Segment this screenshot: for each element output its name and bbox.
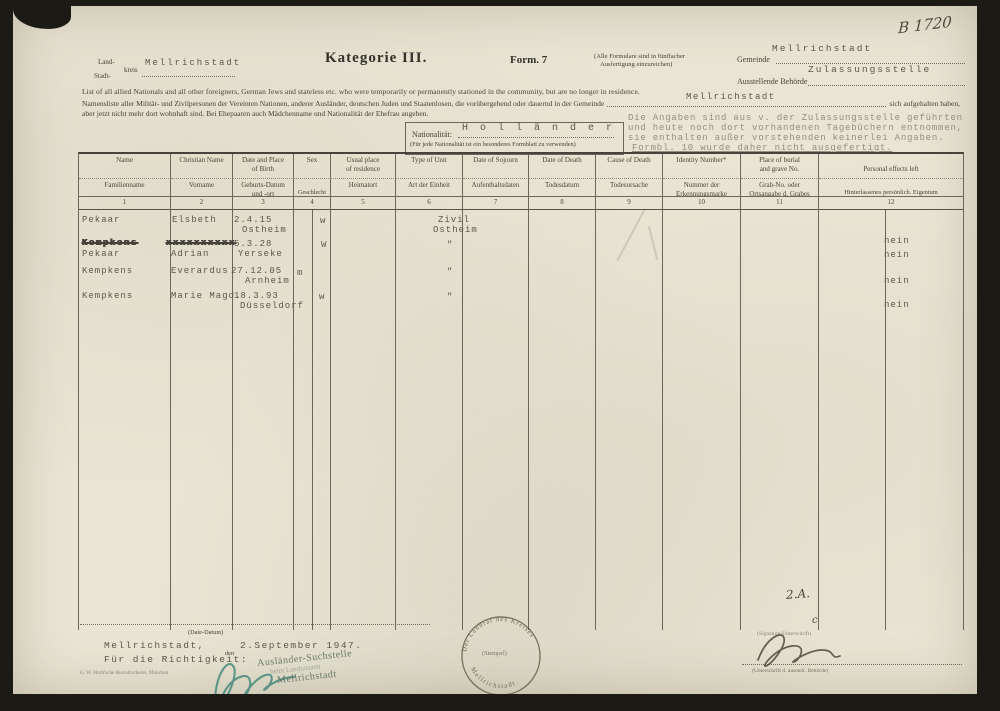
body-col-sojourn <box>463 210 529 630</box>
col-header-en-effects: Personal effects left yes no <box>819 154 963 179</box>
typed-note-line1: Die Angaben sind aus v. der Zulassungsst… <box>628 113 963 123</box>
behoerde-label: Ausstellende Behörde <box>737 77 807 86</box>
category-title: Kategorie III. <box>325 50 427 67</box>
cell-unit-ditto: " <box>447 292 453 302</box>
col-number: 10 <box>663 197 741 210</box>
cell-christian-struck: xxxxxxxxxx <box>166 238 236 248</box>
svg-text:Der Landrat des Kreises: Der Landrat des Kreises <box>461 616 535 652</box>
col-header-de-sojourn: Aufenthaltsdaten <box>463 179 529 197</box>
col-number: 3 <box>233 197 294 210</box>
col-header-de-death-date: Todesdatum <box>529 179 596 197</box>
effects-label-en: Personal effects left <box>819 165 963 174</box>
cell-name: Kempkens <box>82 291 133 301</box>
body-col-burial <box>741 210 819 630</box>
cell-effects: nein <box>884 276 910 286</box>
cell-sex: w <box>320 216 326 226</box>
col-header-de-death-cause: Todesursache <box>596 179 663 197</box>
col-number: 1 <box>79 197 171 210</box>
col-header-en-christian-name: Christian Name <box>171 154 233 179</box>
behoerde-value: Zulassungsstelle <box>808 64 931 75</box>
body-col-residence <box>331 210 396 630</box>
cell-birth-date: 5.3.28 <box>234 239 272 249</box>
cell-birth-date: 2.4.15 <box>234 215 272 225</box>
col-header-en-name: Name <box>79 154 171 179</box>
body-col-effects <box>819 210 963 630</box>
col-number: 11 <box>741 197 819 210</box>
copies-note-line1: (Alle Formulare sind in fünffacher <box>594 53 685 60</box>
film-edge-right <box>977 0 1000 711</box>
cell-sex: m <box>297 268 303 278</box>
gemeinde-gap-line <box>607 105 886 107</box>
cell-unit: Zivil <box>438 215 470 225</box>
col-header-en-identity: Identity Number* <box>663 154 741 179</box>
round-stamp: Der Landrat des Kreises Mellrichstadt <box>453 611 549 707</box>
pen-mark: c <box>812 615 818 626</box>
cell-name-struck: Kempkens <box>82 238 138 248</box>
land-label: Land- <box>98 58 115 66</box>
copies-note-line2: Ausfertigung einzureichen) <box>600 61 672 68</box>
signature-right <box>752 626 847 671</box>
intro-line1: List of all allied Nationals and all oth… <box>82 87 962 96</box>
col-header-en-sojourn: Date of Sojourn <box>463 154 529 179</box>
film-edge-left <box>0 0 13 711</box>
body-col-death-cause <box>596 210 663 630</box>
round-stamp-top-text: Der Landrat des Kreises <box>461 616 535 652</box>
scanned-document: B 1720 Land- Stadt- kreis Mellrichstadt … <box>0 0 1000 711</box>
intro-line2-tail: sich aufgehalten haben, <box>889 99 960 108</box>
gemeinde-value: Mellrichstadt <box>772 43 872 54</box>
nationality-value: H o l l ä n d e r <box>462 123 615 134</box>
cell-birth-date: 18.3.93 <box>234 291 279 301</box>
nationality-note: (Für jede Nationalität ist ein besondere… <box>410 141 576 148</box>
col-header-en-birth: Date and Place of Birth <box>233 154 294 179</box>
col-header-de-identity: Nummer der Erkennungsmarke <box>663 179 741 197</box>
cell-effects: nein <box>884 250 910 260</box>
cell-christian: Marie Magd. <box>171 291 241 301</box>
col-number: 9 <box>596 197 663 210</box>
col-header-en-death-cause: Cause of Death <box>596 154 663 179</box>
col-number: 4 <box>294 197 331 210</box>
typed-note-line3: sie enthalten außer vorstehenden keinerl… <box>628 133 944 143</box>
cell-unit-line2: Ostheim <box>433 225 478 235</box>
col-number: 5 <box>331 197 396 210</box>
col-header-en-death-date: Date of Death <box>529 154 596 179</box>
col-number: 12 <box>819 197 963 210</box>
typed-note-line2: und heute noch dort vorhandenen Tagebüch… <box>628 123 963 133</box>
col-number: 2 <box>171 197 233 210</box>
intro-line3: aber jetzt nicht mehr dort wohnhaft sind… <box>82 109 428 118</box>
behoerde-line <box>808 76 965 86</box>
footer-place: Mellrichstadt, <box>104 640 205 651</box>
cell-unit-ditto: " <box>447 240 453 250</box>
cell-christian: Elsbeth <box>172 215 217 225</box>
film-edge-bottom <box>0 694 1000 711</box>
date-signature-line <box>80 615 430 625</box>
col-header-de-unit: Art der Einheit <box>396 179 463 197</box>
film-edge-top <box>0 0 1000 6</box>
col-header-de-sex: Geschlecht m. w. <box>294 179 331 197</box>
stadt-label: Stadt- <box>94 72 111 80</box>
cell-christian: Everardus <box>171 266 229 276</box>
form-number: Form. 7 <box>510 54 547 66</box>
cell-effects: nein <box>884 236 910 246</box>
cell-name: Pekaar <box>82 215 120 225</box>
typed-note-line4: Formbl. 10 wurde daher nicht ausgefertig… <box>632 143 892 153</box>
kreis-value: Mellrichstadt <box>145 58 241 68</box>
kreis-label: kreis <box>124 66 138 74</box>
col-header-en-unit: Type of Unit <box>396 154 463 179</box>
col-number: 7 <box>463 197 529 210</box>
cell-christian: Adrian <box>171 249 209 259</box>
col-number: 8 <box>529 197 596 210</box>
printer-imprint: G. W. Hirth'sche Buchdruckerei, München <box>80 670 168 676</box>
cell-effects: nein <box>884 300 910 310</box>
cell-birth-place: Düsseldorf <box>240 301 304 311</box>
gemeinde-label: Gemeinde <box>737 55 770 64</box>
col-header-en-sex: Sex <box>294 154 331 179</box>
col-header-de-christian-name: Vorname <box>171 179 233 197</box>
intro-line2-text: Namensliste aller Militär- und Zivilpers… <box>82 99 604 108</box>
col-header-de-birth: Geburts-Datum und -ort <box>233 179 294 197</box>
intro-line2: Namensliste aller Militär- und Zivilpers… <box>82 99 960 108</box>
cell-name: Pekaar <box>82 249 120 259</box>
nationality-label: Nationalität: <box>412 130 452 139</box>
col-number: 6 <box>396 197 463 210</box>
cell-birth-date: 27.12.05 <box>231 266 282 276</box>
col-header-de-residence: Heimatort <box>331 179 396 197</box>
body-col-identity <box>663 210 741 630</box>
effects-label-de: Hinterlassenes persönlich. Eigentum <box>819 189 963 197</box>
cell-unit-ditto: " <box>447 267 453 277</box>
cell-sex: w <box>319 292 325 302</box>
cell-birth-place: Ostheim <box>242 225 287 235</box>
geschlecht-label: Geschlecht <box>294 189 330 197</box>
col-header-de-effects: Hinterlassenes persönlich. Eigentum ja n… <box>819 179 963 197</box>
handwritten-annotation: 2.A. <box>786 586 811 602</box>
col-header-en-burial: Place of burial and grave No. <box>741 154 819 179</box>
date-caption: (Date-Datum) <box>188 629 223 636</box>
gemeinde-line <box>776 54 965 64</box>
col-header-de-name: Familienname <box>79 179 171 197</box>
cell-birth-place: Arnheim <box>245 276 290 286</box>
col-header-de-burial: Grab-No. oder Ortsangabe d. Grabes <box>741 179 819 197</box>
cell-sex: W <box>321 240 327 250</box>
col-header-en-residence: Usual place of residence <box>331 154 396 179</box>
cell-birth-place: Yerseke <box>238 249 283 259</box>
body-col-death-date <box>529 210 596 630</box>
cell-name: Kempkens <box>82 266 133 276</box>
